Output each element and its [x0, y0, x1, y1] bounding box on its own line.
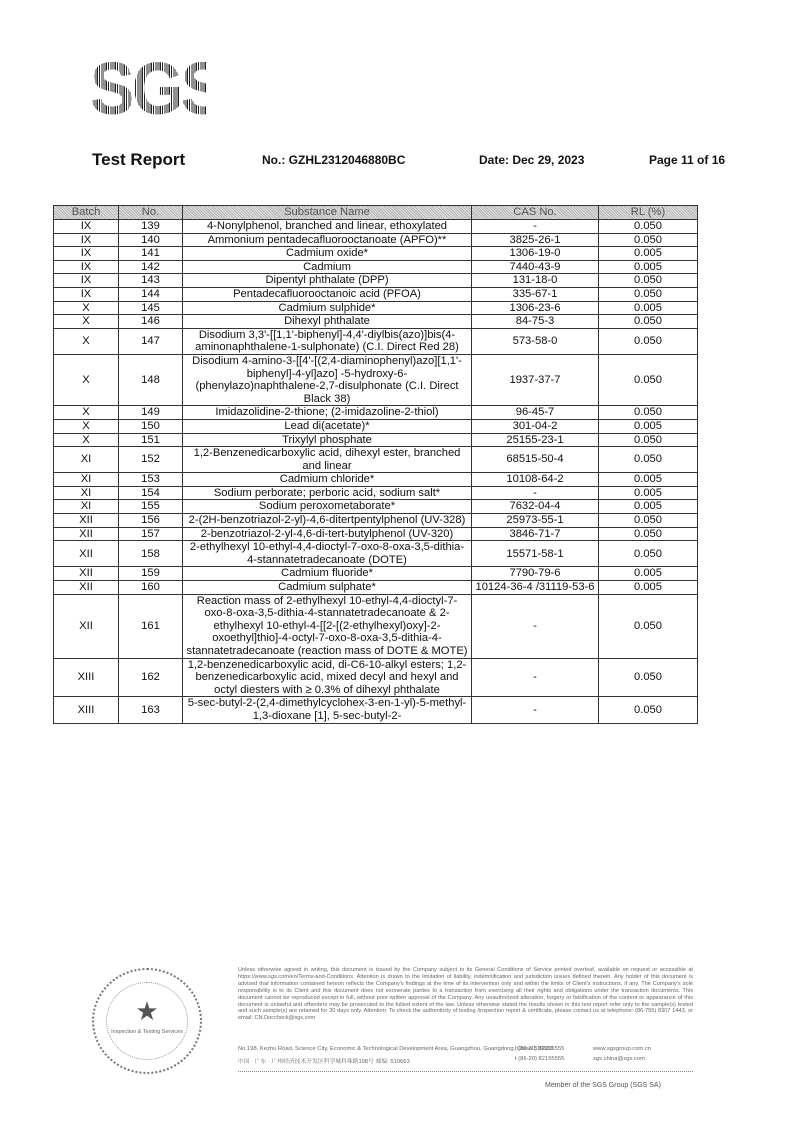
table-row: IX142Cadmium7440-43-90.005 — [54, 260, 698, 274]
cell-rl: 0.050 — [599, 328, 698, 354]
cell-rl: 0.050 — [599, 541, 698, 567]
table-row: IX143Dipentyl phthalate (DPP)131-18-00.0… — [54, 274, 698, 288]
cell-batch: IX — [54, 260, 119, 274]
cell-substance-name: 4-Nonylphenol, branched and linear, etho… — [183, 220, 472, 234]
member-statement: Member of the SGS Group (SGS SA) — [545, 1082, 661, 1089]
cell-no: 150 — [119, 419, 183, 433]
cell-substance-name: Trixylyl phosphate — [183, 433, 472, 447]
legal-disclaimer: Unless otherwise agreed in writing, this… — [238, 967, 693, 1022]
cell-rl: 0.050 — [599, 233, 698, 247]
cell-batch: XIII — [54, 658, 119, 697]
contact-row-cn: 中国 · 广东 · 广州经济技术开发区科学城科珠路198号 邮编: 510663… — [238, 1056, 693, 1066]
cell-substance-name: 2-benzotriazol-2-yl-4,6-di-tert-butylphe… — [183, 527, 472, 541]
cell-rl: 0.050 — [599, 274, 698, 288]
seal-text: Inspection & Testing Services — [108, 1028, 186, 1036]
table-row: XI153Cadmium chloride*10108-64-20.005 — [54, 473, 698, 487]
cell-rl: 0.050 — [599, 406, 698, 420]
cell-batch: XI — [54, 447, 119, 473]
cell-cas-no: 15571-58-1 — [472, 541, 599, 567]
table-row: XII159Cadmium fluoride*7790-79-60.005 — [54, 567, 698, 581]
cell-no: 141 — [119, 247, 183, 261]
cell-batch: XI — [54, 500, 119, 514]
table-row: X149Imidazolidine-2-thione; (2-imidazoli… — [54, 406, 698, 420]
cell-no: 148 — [119, 354, 183, 405]
cell-cas-no: 1306-23-6 — [472, 301, 599, 315]
cell-rl: 0.050 — [599, 527, 698, 541]
cell-batch: X — [54, 419, 119, 433]
cell-rl: 0.005 — [599, 301, 698, 315]
cell-batch: X — [54, 328, 119, 354]
table-row: XII1572-benzotriazol-2-yl-4,6-di-tert-bu… — [54, 527, 698, 541]
cell-cas-no: 84-75-3 — [472, 315, 599, 329]
cell-no: 142 — [119, 260, 183, 274]
cell-no: 152 — [119, 447, 183, 473]
cell-cas-no: 7440-43-9 — [472, 260, 599, 274]
cell-cas-no: 68515-50-4 — [472, 447, 599, 473]
cell-no: 144 — [119, 287, 183, 301]
cell-batch: XIII — [54, 697, 119, 723]
cell-cas-no: 3846-71-7 — [472, 527, 599, 541]
cell-no: 139 — [119, 220, 183, 234]
cell-batch: X — [54, 433, 119, 447]
cell-substance-name: Imidazolidine-2-thione; (2-imidazoline-2… — [183, 406, 472, 420]
cell-substance-name: Cadmium sulphide* — [183, 301, 472, 315]
cell-cas-no: 335-67-1 — [472, 287, 599, 301]
company-seal: ★ Inspection & Testing Services — [92, 968, 202, 1074]
cell-substance-name: 5-sec-butyl-2-(2,4-dimethylcyclohex-3-en… — [183, 697, 472, 723]
cell-no: 154 — [119, 486, 183, 500]
cell-rl: 0.005 — [599, 486, 698, 500]
cell-cas-no: 10124-36-4 /31119-53-6 — [472, 581, 599, 595]
cell-cas-no: - — [472, 594, 599, 658]
cell-no: 153 — [119, 473, 183, 487]
table-row: XIII1635-sec-butyl-2-(2,4-dimethylcycloh… — [54, 697, 698, 723]
cell-cas-no: 301-04-2 — [472, 419, 599, 433]
cell-rl: 0.005 — [599, 419, 698, 433]
cell-rl: 0.005 — [599, 500, 698, 514]
substance-table: Batch No. Substance Name CAS No. RL (%) … — [53, 205, 698, 724]
cell-batch: XI — [54, 473, 119, 487]
cell-batch: X — [54, 406, 119, 420]
cell-batch: XII — [54, 567, 119, 581]
cell-substance-name: 2-(2H-benzotriazol-2-yl)-4,6-ditertpenty… — [183, 514, 472, 528]
cell-cas-no: - — [472, 658, 599, 697]
table-row: XIII1621,2-benzenedicarboxylic acid, di-… — [54, 658, 698, 697]
table-row: X151Trixylyl phosphate25155-23-10.050 — [54, 433, 698, 447]
cell-rl: 0.050 — [599, 594, 698, 658]
cell-substance-name: 2-ethylhexyl 10-ethyl-4,4-dioctyl-7-oxo-… — [183, 541, 472, 567]
cell-substance-name: 1,2-Benzenedicarboxylic acid, dihexyl es… — [183, 447, 472, 473]
sgs-logo: SGS — [90, 54, 207, 124]
cell-rl: 0.005 — [599, 567, 698, 581]
cell-substance-name: Cadmium oxide* — [183, 247, 472, 261]
cell-substance-name: Reaction mass of 2-ethylhexyl 10-ethyl-4… — [183, 594, 472, 658]
table-row: XI154Sodium perborate; perboric acid, so… — [54, 486, 698, 500]
cell-no: 143 — [119, 274, 183, 288]
cell-cas-no: 96-45-7 — [472, 406, 599, 420]
contact-row-en: No.198, Kezhu Road, Science City, Econom… — [238, 1046, 693, 1056]
report-date: Date: Dec 29, 2023 — [479, 153, 584, 167]
cell-cas-no: 25155-23-1 — [472, 433, 599, 447]
cell-rl: 0.050 — [599, 514, 698, 528]
cell-rl: 0.050 — [599, 658, 698, 697]
table-row: XI155Sodium peroxometaborate*7632-04-40.… — [54, 500, 698, 514]
cell-no: 145 — [119, 301, 183, 315]
cell-cas-no: 25973-55-1 — [472, 514, 599, 528]
cell-no: 146 — [119, 315, 183, 329]
column-header-cas-no: CAS No. — [472, 206, 599, 220]
cell-cas-no: 7632-04-4 — [472, 500, 599, 514]
column-header-no: No. — [119, 206, 183, 220]
contact-info: No.198, Kezhu Road, Science City, Econom… — [238, 1046, 693, 1066]
cell-substance-name: Cadmium chloride* — [183, 473, 472, 487]
column-header-substance-name: Substance Name — [183, 206, 472, 220]
report-title: Test Report — [92, 150, 185, 170]
table-row: IX1394-Nonylphenol, branched and linear,… — [54, 220, 698, 234]
cell-batch: XII — [54, 594, 119, 658]
cell-cas-no: 573-58-0 — [472, 328, 599, 354]
column-header-batch: Batch — [54, 206, 119, 220]
report-number: No.: GZHL2312046880BC — [262, 153, 405, 167]
address-en: No.198, Kezhu Road, Science City, Econom… — [238, 1046, 553, 1052]
cell-cas-no: 131-18-0 — [472, 274, 599, 288]
cell-cas-no: 3825-26-1 — [472, 233, 599, 247]
cell-substance-name: Cadmium fluoride* — [183, 567, 472, 581]
table-row: IX141Cadmium oxide*1306-19-00.005 — [54, 247, 698, 261]
cell-rl: 0.050 — [599, 433, 698, 447]
table-row: X146Dihexyl phthalate84-75-30.050 — [54, 315, 698, 329]
cell-substance-name: Sodium peroxometaborate* — [183, 500, 472, 514]
cell-substance-name: 1,2-benzenedicarboxylic acid, di-C6-10-a… — [183, 658, 472, 697]
table-row: X147Disodium 3,3'-[[1,1'-biphenyl]-4,4'-… — [54, 328, 698, 354]
cell-rl: 0.050 — [599, 697, 698, 723]
cell-rl: 0.005 — [599, 473, 698, 487]
table-row: XII1562-(2H-benzotriazol-2-yl)-4,6-diter… — [54, 514, 698, 528]
cell-rl: 0.050 — [599, 220, 698, 234]
cell-no: 161 — [119, 594, 183, 658]
cell-no: 147 — [119, 328, 183, 354]
cell-batch: IX — [54, 233, 119, 247]
legal-text: Unless otherwise agreed in writing, this… — [238, 967, 693, 1014]
cell-no: 156 — [119, 514, 183, 528]
cell-no: 155 — [119, 500, 183, 514]
star-icon: ★ — [94, 996, 200, 1027]
address-cn: 中国 · 广东 · 广州经济技术开发区科学城科珠路198号 邮编: 510663 — [238, 1056, 410, 1065]
cell-batch: XII — [54, 541, 119, 567]
report-header: Test Report No.: GZHL2312046880BC Date: … — [92, 150, 772, 172]
cell-batch: XII — [54, 581, 119, 595]
footer-divider — [238, 1071, 693, 1072]
cell-no: 163 — [119, 697, 183, 723]
cell-cas-no: 7790-79-6 — [472, 567, 599, 581]
cell-batch: IX — [54, 274, 119, 288]
cell-batch: X — [54, 315, 119, 329]
cell-no: 160 — [119, 581, 183, 595]
column-header-rl: RL (%) — [599, 206, 698, 220]
cell-batch: X — [54, 354, 119, 405]
table-row: IX144Pentadecafluorooctanoic acid (PFOA)… — [54, 287, 698, 301]
cell-no: 162 — [119, 658, 183, 697]
cell-substance-name: Disodium 4-amino-3-[[4'-[(2,4-diaminophe… — [183, 354, 472, 405]
cell-batch: XII — [54, 514, 119, 528]
telephone-cn: t (86-20) 82155555 — [515, 1056, 564, 1062]
cell-rl: 0.050 — [599, 315, 698, 329]
table-row: X145Cadmium sulphide*1306-23-60.005 — [54, 301, 698, 315]
table-row: X148Disodium 4-amino-3-[[4'-[(2,4-diamin… — [54, 354, 698, 405]
telephone-en: t (86-20) 82155555 — [515, 1046, 564, 1052]
cell-cas-no: - — [472, 220, 599, 234]
table-row: XII161Reaction mass of 2-ethylhexyl 10-e… — [54, 594, 698, 658]
cell-rl: 0.050 — [599, 354, 698, 405]
table-row: XII1582-ethylhexyl 10-ethyl-4,4-dioctyl-… — [54, 541, 698, 567]
cell-substance-name: Pentadecafluorooctanoic acid (PFOA) — [183, 287, 472, 301]
cell-no: 158 — [119, 541, 183, 567]
table-row: IX140Ammonium pentadecafluorooctanoate (… — [54, 233, 698, 247]
table-header-row: Batch No. Substance Name CAS No. RL (%) — [54, 206, 698, 220]
cell-substance-name: Cadmium sulphate* — [183, 581, 472, 595]
table-row: XI1521,2-Benzenedicarboxylic acid, dihex… — [54, 447, 698, 473]
table-row: X150Lead di(acetate)*301-04-20.005 — [54, 419, 698, 433]
email-link[interactable]: sgs.china@sgs.com — [593, 1056, 645, 1062]
cell-cas-no: 1306-19-0 — [472, 247, 599, 261]
cell-no: 140 — [119, 233, 183, 247]
cell-rl: 0.050 — [599, 287, 698, 301]
cell-substance-name: Disodium 3,3'-[[1,1'-biphenyl]-4,4'-diyl… — [183, 328, 472, 354]
cell-rl: 0.005 — [599, 247, 698, 261]
cell-batch: X — [54, 301, 119, 315]
cell-cas-no: 1937-37-7 — [472, 354, 599, 405]
cell-rl: 0.050 — [599, 447, 698, 473]
cell-substance-name: Sodium perborate; perboric acid, sodium … — [183, 486, 472, 500]
cell-rl: 0.005 — [599, 581, 698, 595]
cell-batch: XII — [54, 527, 119, 541]
page-number: Page 11 of 16 — [649, 153, 725, 167]
cell-batch: XI — [54, 486, 119, 500]
cell-substance-name: Dihexyl phthalate — [183, 315, 472, 329]
cell-batch: IX — [54, 287, 119, 301]
cell-no: 151 — [119, 433, 183, 447]
cell-no: 157 — [119, 527, 183, 541]
cell-substance-name: Cadmium — [183, 260, 472, 274]
website-link[interactable]: www.sgsgroup.com.cn — [593, 1046, 651, 1052]
cell-batch: IX — [54, 247, 119, 261]
table-body: IX1394-Nonylphenol, branched and linear,… — [54, 220, 698, 724]
cell-substance-name: Ammonium pentadecafluorooctanoate (APFO)… — [183, 233, 472, 247]
cell-substance-name: Dipentyl phthalate (DPP) — [183, 274, 472, 288]
table-row: XII160Cadmium sulphate*10124-36-4 /31119… — [54, 581, 698, 595]
cell-no: 149 — [119, 406, 183, 420]
cell-cas-no: - — [472, 697, 599, 723]
cell-batch: IX — [54, 220, 119, 234]
cell-substance-name: Lead di(acetate)* — [183, 419, 472, 433]
cell-no: 159 — [119, 567, 183, 581]
cell-rl: 0.005 — [599, 260, 698, 274]
cell-cas-no: 10108-64-2 — [472, 473, 599, 487]
cell-cas-no: - — [472, 486, 599, 500]
